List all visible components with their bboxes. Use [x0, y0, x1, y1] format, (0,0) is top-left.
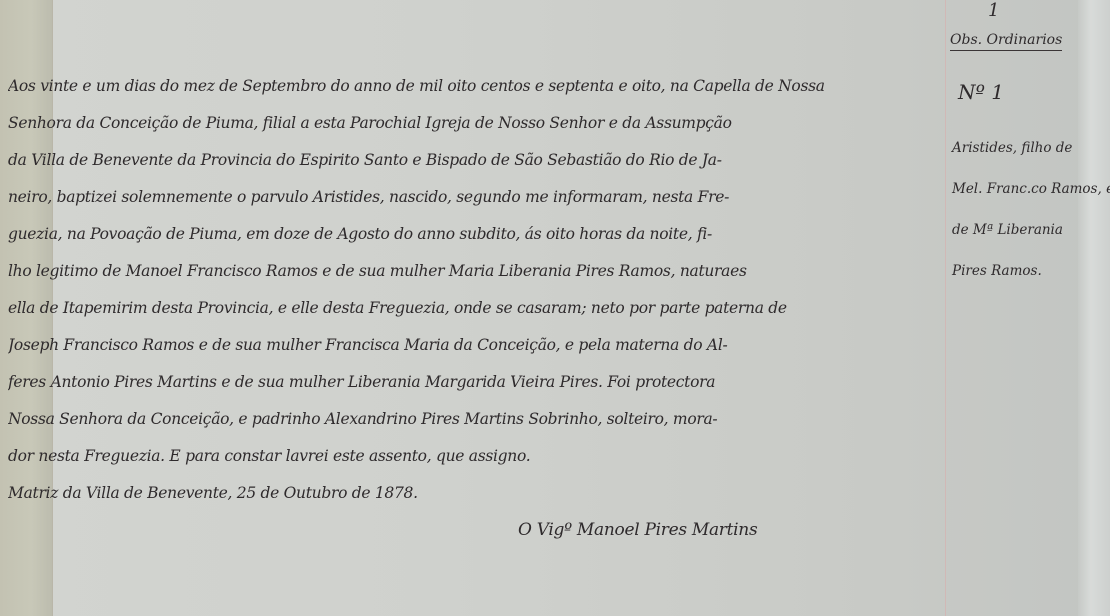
- record-line: Senhora da Conceição de Piuma, filial a …: [8, 105, 938, 142]
- register-page: 1 Obs. Ordinarios Nº 1 Aristides, filho …: [0, 0, 1110, 616]
- margin-entry-summary: Aristides, filho de Mel. Franc.co Ramos,…: [952, 128, 1077, 292]
- record-line: lho legitimo de Manoel Francisco Ramos e…: [8, 253, 938, 290]
- margin-line: de Mª Liberania: [952, 210, 1077, 251]
- entry-number: Nº 1: [958, 80, 1004, 104]
- record-line: Aos vinte e um dias do mez de Septembro …: [8, 68, 938, 105]
- margin-line: Mel. Franc.co Ramos, e: [952, 169, 1077, 210]
- margin-line: Aristides, filho de: [952, 128, 1077, 169]
- record-line: neiro, baptizei solemnemente o parvulo A…: [8, 179, 938, 216]
- record-line: ella de Itapemirim desta Provincia, e el…: [8, 290, 938, 327]
- record-line: da Villa de Benevente da Provincia do Es…: [8, 142, 938, 179]
- record-line: Nossa Senhora da Conceição, e padrinho A…: [8, 401, 938, 438]
- page-number: 1: [988, 0, 999, 21]
- record-line: dor nesta Freguezia. E para constar lavr…: [8, 438, 938, 475]
- record-line: Joseph Francisco Ramos e de sua mulher F…: [8, 327, 938, 364]
- margin-line: Pires Ramos.: [952, 251, 1077, 292]
- baptism-record-body: Aos vinte e um dias do mez de Septembro …: [8, 68, 938, 549]
- page-fold-edge: [1078, 0, 1110, 616]
- margin-rule-line: [945, 0, 946, 616]
- margin-heading: Obs. Ordinarios: [950, 32, 1062, 51]
- record-line: feres Antonio Pires Martins e de sua mul…: [8, 364, 938, 401]
- record-date-line: Matriz da Villa de Benevente, 25 de Outu…: [8, 475, 938, 512]
- record-line: guezia, na Povoação de Piuma, em doze de…: [8, 216, 938, 253]
- priest-signature: O Vigº Manoel Pires Martins: [8, 512, 938, 549]
